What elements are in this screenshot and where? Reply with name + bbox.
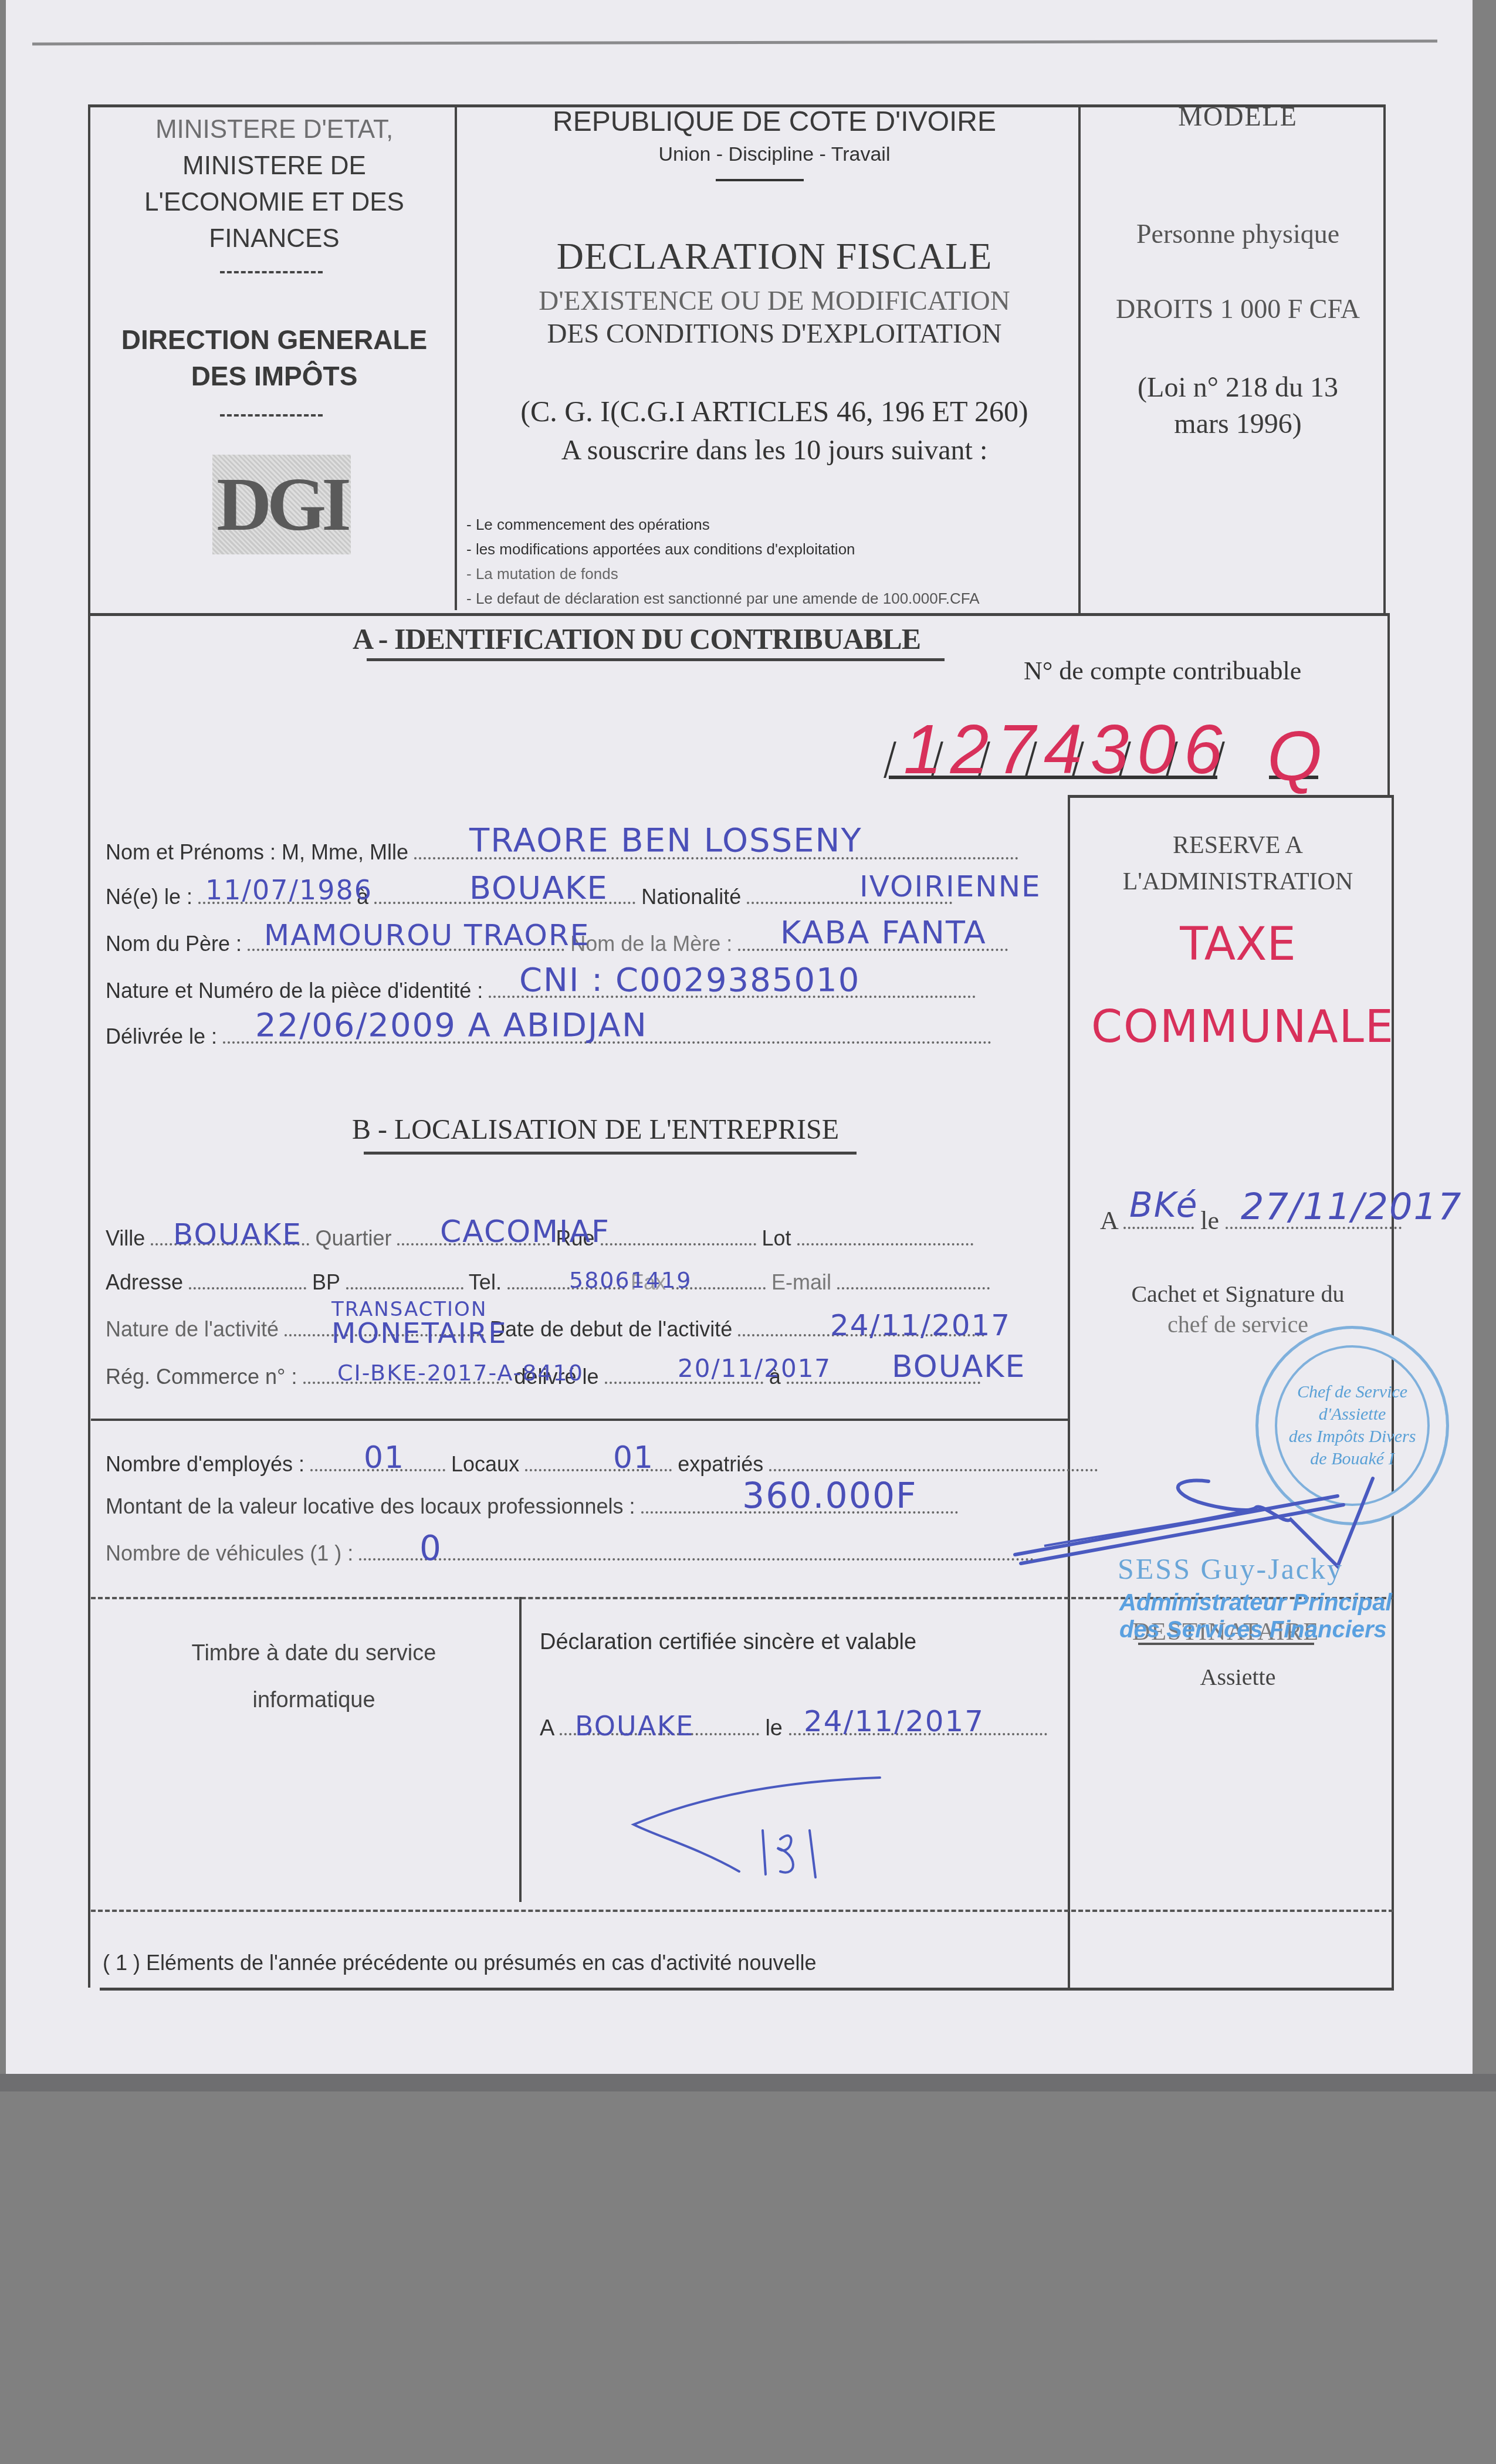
field-label: Quartier — [315, 1226, 391, 1250]
rent-value[interactable]: 360.000F — [742, 1475, 918, 1517]
declarant-place-value[interactable]: BOUAKE — [575, 1710, 694, 1742]
field-label: A — [1100, 1206, 1117, 1235]
frame-right-upper — [1387, 613, 1390, 795]
vehicles-value[interactable]: 0 — [419, 1528, 442, 1568]
tax-note-line1: TAXE — [1074, 918, 1402, 971]
vehicles-input[interactable] — [359, 1558, 1034, 1561]
republic-title: REPUBLIQUE DE COTE D'IVOIRE — [463, 106, 1085, 138]
footnote: ( 1 ) Eléments de l'année précédente ou … — [103, 1951, 816, 1975]
field-label: Nombre de véhicules (1 ) : — [106, 1541, 353, 1565]
field-label: Rég. Commerce n° : — [106, 1365, 297, 1389]
directorate-line: DIRECTION GENERALE — [91, 321, 458, 358]
section-c-top — [91, 1419, 1068, 1421]
directorate-line: DES IMPÔTS — [91, 358, 458, 394]
field-label: Nature et Numéro de la pièce d'identité … — [106, 979, 483, 1003]
field-label: Locaux — [451, 1452, 519, 1476]
frame-left — [88, 104, 90, 1988]
ville-value[interactable]: BOUAKE — [173, 1217, 302, 1251]
law-reference: (Loi n° 218 du 13 mars 1996) — [1079, 370, 1396, 442]
field-label: Date de debut de l'activité — [490, 1317, 732, 1341]
admin-date-value[interactable]: 27/11/2017 — [1241, 1185, 1462, 1228]
field-label: Nom de la Mère : — [570, 932, 732, 956]
quartier-value[interactable]: CACOMIAF — [440, 1214, 610, 1250]
field-label: Né(e) le : — [106, 885, 192, 909]
field-label: Montant de la valeur locative des locaux… — [106, 1494, 635, 1518]
admin-place-input[interactable] — [1123, 1227, 1194, 1229]
section-a-underline — [367, 658, 945, 661]
field-label: le — [1200, 1206, 1219, 1235]
field-employees: Nombre d'employés : Locaux expatriés — [106, 1452, 1056, 1477]
rc-date-value[interactable]: 20/11/2017 — [678, 1354, 831, 1383]
taxpayer-name-value[interactable]: TRAORE BEN LOSSENY — [469, 821, 862, 859]
ministry-name: MINISTERE D'ETAT, MINISTERE DE L'ECONOMI… — [91, 111, 458, 257]
lot-input[interactable] — [797, 1243, 973, 1245]
admin-title-line: L'ADMINISTRATION — [1074, 864, 1402, 900]
field-label: Nature de l'activité — [106, 1317, 279, 1341]
nationality-value[interactable]: IVOIRIENNE — [859, 869, 1041, 903]
frame-bottom — [100, 1988, 1394, 1991]
separator — [220, 271, 323, 273]
account-number-value[interactable]: 1274306 — [903, 710, 1230, 790]
field-label: Tel. — [469, 1270, 502, 1294]
cachet-line: Cachet et Signature du — [1074, 1279, 1402, 1309]
ministry-line: L'ECONOMIE ET DES — [91, 184, 458, 221]
field-label: Nom et Prénoms : M, Mme, Mlle — [106, 840, 408, 864]
field-label: Délivrée le : — [106, 1024, 217, 1048]
rc-value[interactable]: CI-BKE-2017-A-8410 — [337, 1360, 584, 1386]
field-label: Nombre d'employés : — [106, 1452, 304, 1476]
birth-date-value[interactable]: 11/07/1986 — [205, 874, 373, 906]
condition-item: - Le defaut de déclaration est sanctionn… — [466, 586, 1088, 611]
field-label: Ville — [106, 1226, 145, 1250]
expatries-input[interactable] — [769, 1469, 1098, 1471]
mother-name-value[interactable]: KABA FANTA — [780, 914, 987, 951]
recipient-value: Assiette — [1074, 1663, 1402, 1691]
filing-deadline: A souscrire dans les 10 jours suivant : — [463, 434, 1085, 466]
scanner-edge — [0, 2074, 1496, 2091]
dgi-logo: DGI — [212, 455, 351, 554]
adresse-input[interactable] — [189, 1287, 306, 1289]
field-label: Lot — [762, 1226, 791, 1250]
person-type: Personne physique — [1079, 218, 1396, 249]
directorate-name: DIRECTION GENERALE DES IMPÔTS — [91, 321, 458, 394]
legal-articles: (C. G. I(C.G.I ARTICLES 46, 196 ET 260) — [463, 394, 1085, 428]
field-label: expatriés — [678, 1452, 763, 1476]
rc-place-value[interactable]: BOUAKE — [892, 1349, 1025, 1385]
field-label: Adresse — [106, 1270, 183, 1294]
date-stamp-area: Timbre à date du service informatique — [103, 1630, 525, 1724]
condition-item: - La mutation de fonds — [466, 561, 1088, 586]
model-label: MODELE — [1079, 101, 1396, 132]
account-key-value[interactable]: Q — [1267, 716, 1322, 797]
fee-amount: DROITS 1 000 F CFA — [1079, 293, 1396, 324]
declarant-date-value[interactable]: 24/11/2017 — [804, 1704, 984, 1738]
field-label: BP — [312, 1270, 340, 1294]
date-stamp-line: Timbre à date du service — [103, 1630, 525, 1677]
father-name-value[interactable]: MAMOUROU TRAORE — [264, 918, 590, 952]
ministry-line: MINISTERE D'ETAT, — [91, 111, 458, 148]
condition-item: - Le commencement des opérations — [466, 512, 1088, 537]
field-label: A — [540, 1716, 553, 1741]
form-title: DECLARATION FISCALE — [463, 235, 1085, 278]
section-b-underline — [364, 1152, 857, 1155]
field-label: le — [765, 1716, 783, 1741]
ministry-line: MINISTERE DE — [91, 148, 458, 184]
bp-input[interactable] — [346, 1287, 463, 1289]
admin-title-line: RESERVE A — [1074, 827, 1402, 864]
locaux-value[interactable]: 01 — [613, 1440, 654, 1475]
tel-value[interactable]: 58061419 — [569, 1267, 692, 1293]
email-input[interactable] — [837, 1287, 990, 1289]
admin-box-left — [1068, 795, 1070, 1989]
header-right — [1383, 104, 1386, 615]
form-subtitle-line: D'EXISTENCE OU DE MODIFICATION — [463, 285, 1085, 317]
field-label: Nom du Père : — [106, 932, 242, 956]
start-date-value[interactable]: 24/11/2017 — [830, 1308, 1011, 1342]
section-b-title: B - LOCALISATION DE L'ENTREPRISE — [317, 1113, 874, 1146]
id-issued-value[interactable]: 22/06/2009 A ABIDJAN — [255, 1006, 648, 1044]
motto-underline — [716, 179, 804, 181]
admin-reserved-title: RESERVE A L'ADMINISTRATION — [1074, 827, 1402, 900]
admin-place-value[interactable]: BKé — [1129, 1185, 1198, 1225]
field-label: E-mail — [771, 1270, 831, 1294]
certification-statement: Déclaration certifiée sincère et valable — [540, 1630, 916, 1655]
section-a-title: A - IDENTIFICATION DU CONTRIBUABLE — [317, 622, 956, 656]
separator — [220, 414, 323, 417]
rue-input[interactable] — [601, 1243, 756, 1245]
account-number-label: N° de compte contribuable — [1024, 656, 1301, 686]
stamp-line: d'Assiette — [1319, 1403, 1386, 1426]
field-vehicles: Nombre de véhicules (1 ) : — [106, 1541, 1056, 1566]
footnote-top — [91, 1910, 1393, 1912]
officer-title-line1: Administrateur Principal — [1119, 1590, 1392, 1616]
officer-name: SESS Guy-Jacky — [1118, 1552, 1343, 1586]
ministry-line: FINANCES — [91, 221, 458, 257]
employees-value[interactable]: 01 — [364, 1440, 405, 1475]
law-line: (Loi n° 218 du 13 — [1079, 370, 1396, 406]
officer-title-line2: des Services Financiers — [1119, 1617, 1387, 1643]
field-label: Nationalité — [641, 885, 741, 909]
admin-box-top — [1068, 795, 1393, 798]
stamp-line: Chef de Service — [1297, 1381, 1407, 1403]
form-subtitle: D'EXISTENCE OU DE MODIFICATION DES CONDI… — [463, 285, 1085, 350]
activity-value-line2[interactable]: MONETAIRE — [331, 1317, 507, 1350]
national-motto: Union - Discipline - Travail — [463, 143, 1085, 166]
form-subtitle-line: DES CONDITIONS D'EXPLOITATION — [463, 317, 1085, 350]
condition-item: - les modifications apportées aux condit… — [466, 537, 1088, 561]
tax-note-line2: COMMUNALE — [1091, 1000, 1396, 1052]
birth-place-value[interactable]: BOUAKE — [469, 869, 608, 906]
filing-conditions: - Le commencement des opérations - les m… — [466, 512, 1088, 611]
header-bottom — [88, 613, 1387, 616]
officer-signature — [1009, 1431, 1390, 1572]
law-line: mars 1996) — [1079, 406, 1396, 442]
date-stamp-line: informatique — [103, 1677, 525, 1724]
id-document-value[interactable]: CNI : C0029385010 — [519, 961, 860, 999]
declarant-signature — [622, 1772, 892, 1883]
